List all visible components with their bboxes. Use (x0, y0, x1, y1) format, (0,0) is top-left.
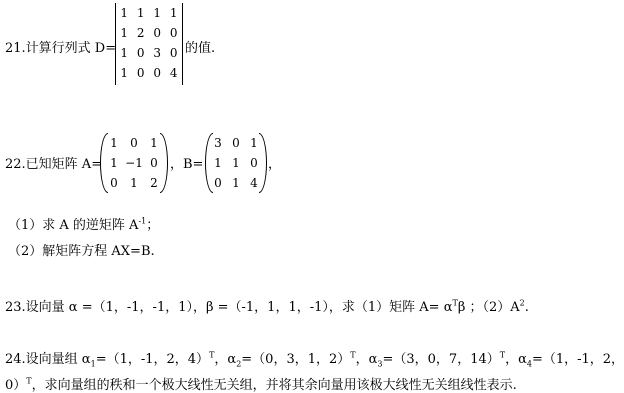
matrix-b-entry: 0 (227, 133, 245, 153)
determinant-entry: 4 (166, 63, 183, 83)
matrix-a-entry: 0 (144, 153, 164, 173)
matrix-b-entry: 0 (245, 153, 263, 173)
matrix-b-entry: 4 (245, 173, 263, 193)
matrix-a-entry: 1 (104, 133, 124, 153)
matrix-a-entry: 0 (104, 173, 124, 193)
determinant-entry: 0 (149, 23, 166, 43)
matrix-a-entry: 1 (124, 173, 144, 193)
matrix-a-entry: 1 (104, 153, 124, 173)
q24-text-part: ，α (356, 352, 378, 367)
q24-text-part: =（1，-1，2，4） (96, 352, 209, 367)
determinant-entry: 0 (149, 63, 166, 83)
matrix-a-entry: −1 (124, 153, 144, 173)
matrix-b-entry: 1 (245, 133, 263, 153)
q22-matrix-a: 1011−10012 (100, 133, 168, 193)
q24-line2: 0）T，求向量组的秩和一个极大线性无关组，并将其余向量用该极大线性无关组线性表示… (5, 374, 517, 393)
q21-determinant-grid: 1111120010301004 (116, 3, 182, 83)
q22-part1: （1）求 A 的逆矩阵 A-1； (8, 214, 159, 233)
matrix-b-entry: 1 (209, 153, 227, 173)
determinant-entry: 1 (166, 3, 183, 23)
determinant-entry: 1 (116, 63, 133, 83)
matrix-a-entry: 1 (144, 133, 164, 153)
determinant-entry: 0 (133, 63, 150, 83)
q24-text-part: ，α (505, 352, 527, 367)
q24-line1: 24.设向量组 α1=（1，-1，2，4）T，α2=（0，3，1，2）T，α3=… (5, 348, 624, 369)
q21-suffix: 的值. (185, 37, 215, 56)
q22-sep: ，B= (170, 153, 203, 172)
q24-text-part: =（3，0，7，14） (382, 352, 499, 367)
matrix-b-entry: 0 (209, 173, 227, 193)
matrix-b-entry: 1 (227, 153, 245, 173)
q23-text: 23.设向量 α =（1，-1，-1，1），β =（-1，1，1，-1），求（1… (5, 296, 529, 315)
q21-label: 21.计算行列式 D= (5, 37, 116, 56)
determinant-entry: 2 (133, 23, 150, 43)
q22-matrix-b: 301110014 (205, 133, 267, 193)
q24-text-part: 24.设向量组 α (5, 352, 91, 367)
determinant-entry: 1 (116, 43, 133, 63)
determinant-entry: 3 (149, 43, 166, 63)
q21-determinant: 1111120010301004 (115, 3, 183, 85)
q22-end: ， (268, 153, 281, 172)
q24-text-part: =（1，-1，2， (532, 352, 624, 367)
matrix-a-entry: 2 (144, 173, 164, 193)
determinant-entry: 1 (149, 3, 166, 23)
matrix-a-entry: 0 (124, 133, 144, 153)
q22-label: 22.已知矩阵 A= (5, 153, 102, 172)
q24-text-part: =（0，3，1，2） (241, 352, 350, 367)
matrix-b-entry: 3 (209, 133, 227, 153)
determinant-entry: 0 (133, 43, 150, 63)
matrix-b-entry: 1 (227, 173, 245, 193)
determinant-entry: 1 (133, 3, 150, 23)
q22-part2: （2）解矩阵方程 AX=B. (8, 240, 155, 259)
determinant-entry: 0 (166, 43, 183, 63)
determinant-entry: 0 (166, 23, 183, 43)
determinant-entry: 1 (116, 23, 133, 43)
determinant-entry: 1 (116, 3, 133, 23)
q24-text-part: ，α (214, 352, 236, 367)
